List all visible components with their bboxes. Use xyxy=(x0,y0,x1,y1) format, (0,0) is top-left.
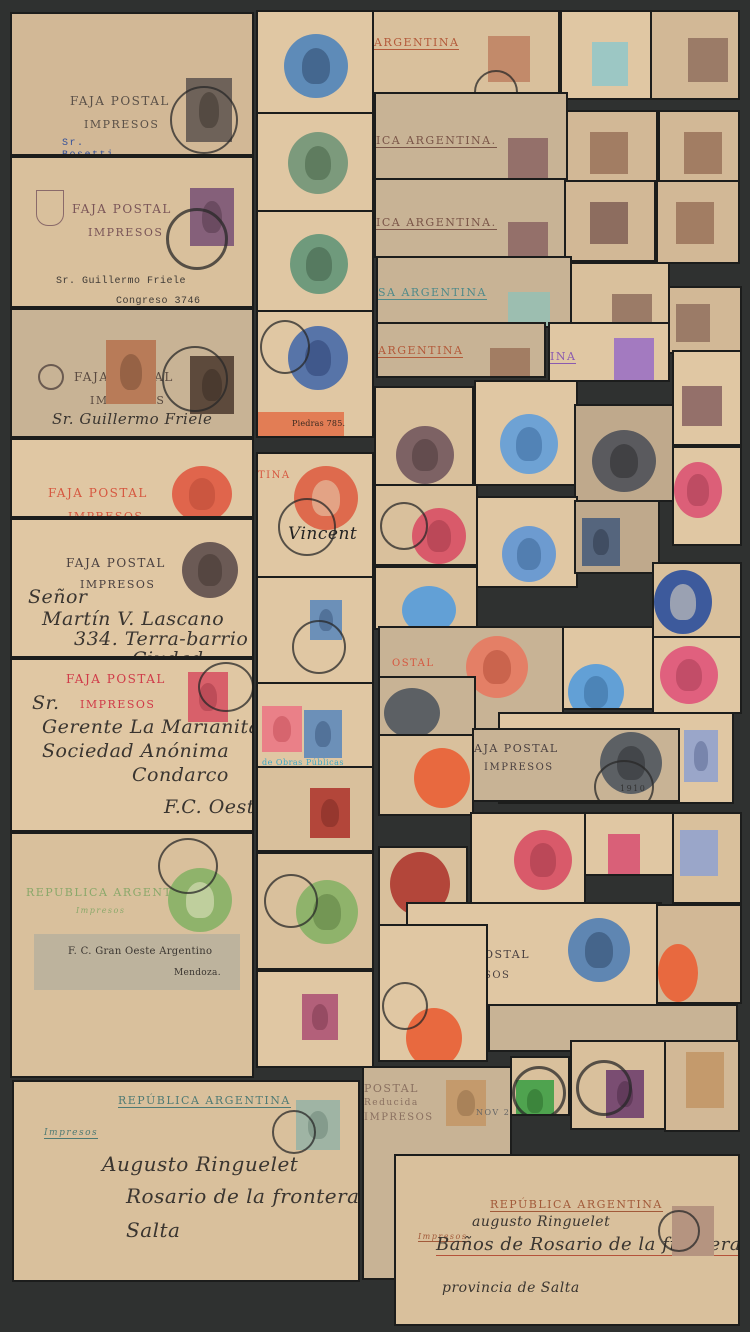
wrapper-title: SA ARGENTINA xyxy=(378,286,487,300)
wrapper-cut-red-san-martin xyxy=(470,812,586,906)
imprinted-stamp xyxy=(608,834,640,876)
wrapper-cut-orange-3 xyxy=(378,924,488,1062)
wrapper-faja-postal-4: FAJA POSTAL IMPRESOS xyxy=(10,438,254,518)
wrapper-cut-violet xyxy=(374,386,474,486)
wrapper-subtitle: IMPRESOS xyxy=(88,226,163,239)
wrapper-argentina-5: ARGENTINA xyxy=(376,322,546,378)
wrapper-cut-brown-5 xyxy=(656,180,740,264)
imprinted-stamp-oval xyxy=(384,688,440,736)
postmark xyxy=(264,874,318,928)
imprinted-stamp-oval xyxy=(290,234,348,294)
imprinted-stamp-oval xyxy=(172,466,232,518)
postmark xyxy=(512,1066,566,1116)
wrapper-subtitle: Reducida xyxy=(364,1098,419,1108)
wrapper-cut-green-2 xyxy=(256,210,374,312)
postmark xyxy=(162,346,228,412)
handwritten-line: Rosario de la frontera xyxy=(126,1184,360,1208)
wrapper-subtitle: Impresos xyxy=(44,1128,98,1139)
wrapper-argentina-1: ARGENTINA xyxy=(372,10,560,94)
postmark-year: 1910 xyxy=(620,784,646,793)
handwritten-line: Augusto Ringuelet xyxy=(102,1152,298,1176)
wrapper-subtitle: IMPRESOS xyxy=(484,762,554,773)
wrapper-cut-sky-blue-2 xyxy=(476,496,578,588)
handwritten-line: Señor xyxy=(28,586,88,608)
wrapper-cut-vincent: TINA Vincent xyxy=(256,452,374,584)
wrapper-title: POSTAL xyxy=(364,1082,419,1095)
imprinted-stamp xyxy=(590,132,628,174)
postmark xyxy=(658,1210,700,1252)
imprinted-stamp xyxy=(614,338,654,382)
wrapper-argentina-2: ICA ARGENTINA. xyxy=(374,92,568,180)
wrapper-augusto-ringuelet: REPÚBLICA ARGENTINA Impresos Augusto Rin… xyxy=(12,1080,360,1282)
imprinted-stamp-oval xyxy=(414,748,470,808)
handwritten-line: Martín V. Lascano xyxy=(42,608,224,630)
imprinted-stamp xyxy=(592,42,628,86)
postmark xyxy=(260,320,310,374)
postmark xyxy=(576,1060,632,1116)
wrapper-title: FAJA POSTAL xyxy=(48,486,148,500)
imprinted-stamp xyxy=(688,38,728,82)
imprinted-stamp-oval xyxy=(658,944,698,1002)
imprinted-stamp xyxy=(682,386,722,426)
postmark xyxy=(380,502,428,550)
label-text: Piedras 785. xyxy=(292,419,345,428)
postmark xyxy=(198,662,254,712)
wrapper-cut-orange-1 xyxy=(378,734,474,816)
wrapper-subtitle-2: IMPRESOS xyxy=(364,1112,434,1123)
wrapper-subtitle: IMPRESOS xyxy=(84,118,159,131)
wrapper-cut-light-blue xyxy=(560,10,652,100)
wrapper-subtitle: IMPRESOS xyxy=(80,698,155,711)
handwritten-line: Salta xyxy=(126,1218,180,1242)
imprinted-stamp-oval xyxy=(500,414,558,474)
wrapper-faja-postal-3: FAJA POSTAL IMPRESOS Sr. Guillermo Friel… xyxy=(10,308,254,438)
imprinted-stamp xyxy=(582,518,620,566)
wrapper-banos-rosario: REPÚBLICA ARGENTINA augusto Ringuelet Im… xyxy=(394,1154,740,1326)
handwritten-name: Vincent xyxy=(288,524,357,544)
wrapper-faja-postal-1: FAJA POSTAL IMPRESOS Sr. Bosetti xyxy=(10,12,254,156)
wrapper-faja-postal-6: FAJA POSTAL IMPRESOS Sr. Gerente La Mari… xyxy=(10,658,254,832)
imprinted-stamp-oval xyxy=(396,426,454,484)
wrapper-republica-argentina-mendoza: REPUBLICA ARGENTINA Impresos F. C. Gran … xyxy=(10,832,254,1078)
wrapper-title: OSTAL xyxy=(484,948,530,961)
wrapper-cut-sky-blue-4 xyxy=(562,626,654,710)
wrapper-title: ARGENTINA xyxy=(374,36,459,50)
wrapper-cut-brown-2 xyxy=(566,110,658,184)
wrapper-subtitle: IMPRESOS xyxy=(68,510,143,518)
imprinted-stamp-oval xyxy=(654,570,712,634)
imprinted-stamp-oval xyxy=(568,664,624,710)
post-horn-icon xyxy=(38,364,64,390)
wrapper-cut-pink-3 xyxy=(652,636,742,714)
address-label: F. C. Gran Oeste Argentino Mendoza. xyxy=(34,934,240,990)
wrapper-cut-slate xyxy=(574,500,660,574)
postmark xyxy=(272,1110,316,1154)
postmark xyxy=(170,86,238,154)
wrapper-cut-green-adhesive xyxy=(510,1056,570,1116)
wrapper-title: FAJA POSTAL xyxy=(66,672,166,686)
wrapper-cut-rose xyxy=(256,970,374,1068)
wrapper-title: FAJA POSTAL xyxy=(72,202,172,216)
wrapper-title: ICA ARGENTINA. xyxy=(376,216,497,230)
wrapper-faja-postal-cut-1910: AJA POSTAL IMPRESOS 1910 xyxy=(472,728,680,802)
wrapper-title: FAJA POSTAL xyxy=(70,94,170,108)
imprinted-stamp-oval xyxy=(674,462,722,518)
wrapper-title: AJA POSTAL xyxy=(474,742,559,755)
imprinted-stamp xyxy=(684,730,718,782)
address: Congreso 3746 xyxy=(116,296,201,307)
wrapper-cut-brown-4 xyxy=(564,180,656,262)
imprinted-stamp xyxy=(684,132,722,174)
wrapper-cut-pink-2 xyxy=(374,484,478,566)
wrapper-cut-sky-blue-1 xyxy=(474,380,578,486)
postmark xyxy=(166,208,228,270)
adhesive-stamp xyxy=(262,706,302,752)
handwritten-line: 334. Terra-barrio xyxy=(74,628,248,650)
handwritten-line: provincia de Salta xyxy=(442,1280,580,1296)
imprinted-stamp-oval xyxy=(284,34,348,98)
wrapper-cut-sky-blue-3 xyxy=(374,566,478,630)
address-label: Piedras 785. xyxy=(258,412,344,438)
imprinted-stamp xyxy=(302,994,338,1040)
imprinted-stamp xyxy=(446,1080,486,1126)
wrapper-cut-green-3 xyxy=(256,852,374,970)
wrapper-cut-red xyxy=(256,766,374,852)
wrapper-cut-blue xyxy=(256,10,374,114)
imprinted-stamp xyxy=(590,202,628,244)
imprinted-stamp xyxy=(304,710,342,758)
wrapper-argentina-4: SA ARGENTINA xyxy=(376,256,572,328)
wrapper-title: INA xyxy=(550,350,576,364)
imprinted-stamp-oval xyxy=(182,542,238,598)
wrapper-title: REPÚBLICA ARGENTINA xyxy=(490,1198,663,1212)
imprinted-stamp xyxy=(680,830,718,876)
wrapper-argentina-3: ICA ARGENTINA. xyxy=(374,178,566,258)
wrapper-title: OSTAL xyxy=(392,658,435,669)
wrapper-title: ICA ARGENTINA. xyxy=(376,134,497,148)
wrapper-cut-obras-publicas: de Obras Públicas xyxy=(256,682,374,768)
wrapper-cut-blue-gray xyxy=(672,812,742,904)
wrapper-title: TINA xyxy=(258,470,291,481)
wrapper-cut-brown-3 xyxy=(658,110,740,184)
handwritten-line: Sr. xyxy=(32,692,60,714)
wrapper-faja-postal-5: FAJA POSTAL IMPRESOS Señor Martín V. Las… xyxy=(10,518,254,658)
wrapper-subtitle: IMPRESOS xyxy=(80,578,155,591)
label-line-2: Mendoza. xyxy=(174,968,221,978)
wrapper-cut-brown-8 xyxy=(672,350,742,446)
wrapper-cut-brown-7 xyxy=(668,286,742,354)
postmark-date: NOV 20 xyxy=(476,1108,512,1117)
imprinted-stamp-oval xyxy=(288,132,348,194)
adhesive-stamp xyxy=(106,340,156,404)
imprinted-stamp xyxy=(310,788,350,838)
wrapper-cut-piedras: Piedras 785. xyxy=(256,310,374,438)
imprinted-stamp-oval xyxy=(402,586,456,630)
imprinted-stamp xyxy=(676,304,710,342)
wrapper-title: FAJA POSTAL xyxy=(66,556,166,570)
imprinted-stamp xyxy=(508,138,548,178)
imprinted-stamp xyxy=(508,222,548,258)
imprinted-stamp-oval xyxy=(660,646,718,704)
imprinted-stamp xyxy=(490,348,530,378)
wrapper-cut-orange-2 xyxy=(656,904,742,1004)
imprinted-stamp-oval xyxy=(568,918,630,982)
postmark xyxy=(158,838,218,894)
handwritten-line: Condarco xyxy=(132,764,229,786)
handwritten-line: Sociedad Anónima xyxy=(42,740,229,762)
wrapper-cut-red-labrador xyxy=(584,812,674,876)
postmark xyxy=(292,620,346,674)
wrapper-subtitle: Impresos xyxy=(76,906,125,915)
addressee: Sr. xyxy=(62,138,85,149)
wrapper-cut-pink-1 xyxy=(672,446,742,546)
handwritten-line: F.C. Oeste xyxy=(164,796,254,818)
wrapper-cut-brown-1 xyxy=(650,10,740,100)
wrapper-cut-ochre xyxy=(664,1040,740,1132)
wrapper-faja-postal-2: FAJA POSTAL IMPRESOS Sr. Guillermo Friel… xyxy=(10,156,254,308)
wrapper-argentina-6: INA xyxy=(548,322,670,382)
wrapper-title: ARGENTINA xyxy=(378,344,463,358)
wrapper-title: REPÚBLICA ARGENTINA xyxy=(118,1094,291,1108)
imprinted-stamp xyxy=(676,202,714,244)
addressee: Sr. Guillermo Friele xyxy=(56,276,186,287)
label-line-1: F. C. Gran Oeste Argentino xyxy=(68,946,212,957)
imprinted-stamp-oval xyxy=(514,830,572,890)
coat-of-arms-icon xyxy=(36,190,64,226)
wrapper-cut-dark-slate xyxy=(378,676,476,736)
imprinted-stamp-oval xyxy=(592,430,656,492)
handwritten-line: Ciudad xyxy=(132,648,204,658)
handwritten-line: augusto Ringuelet xyxy=(472,1214,610,1230)
imprinted-stamp xyxy=(686,1052,724,1108)
wrapper-cut-black xyxy=(574,404,674,502)
wrapper-cut-green-1 xyxy=(256,112,374,212)
imprinted-stamp-oval xyxy=(502,526,556,582)
wrapper-cut-blue-adhesive xyxy=(256,576,374,684)
postmark xyxy=(382,982,428,1030)
handwritten-address: Sr. Guillermo Friele xyxy=(52,410,212,428)
wrapper-cut-blue-1-centavo xyxy=(652,562,742,640)
wrapper-cut-purple xyxy=(570,1040,666,1130)
